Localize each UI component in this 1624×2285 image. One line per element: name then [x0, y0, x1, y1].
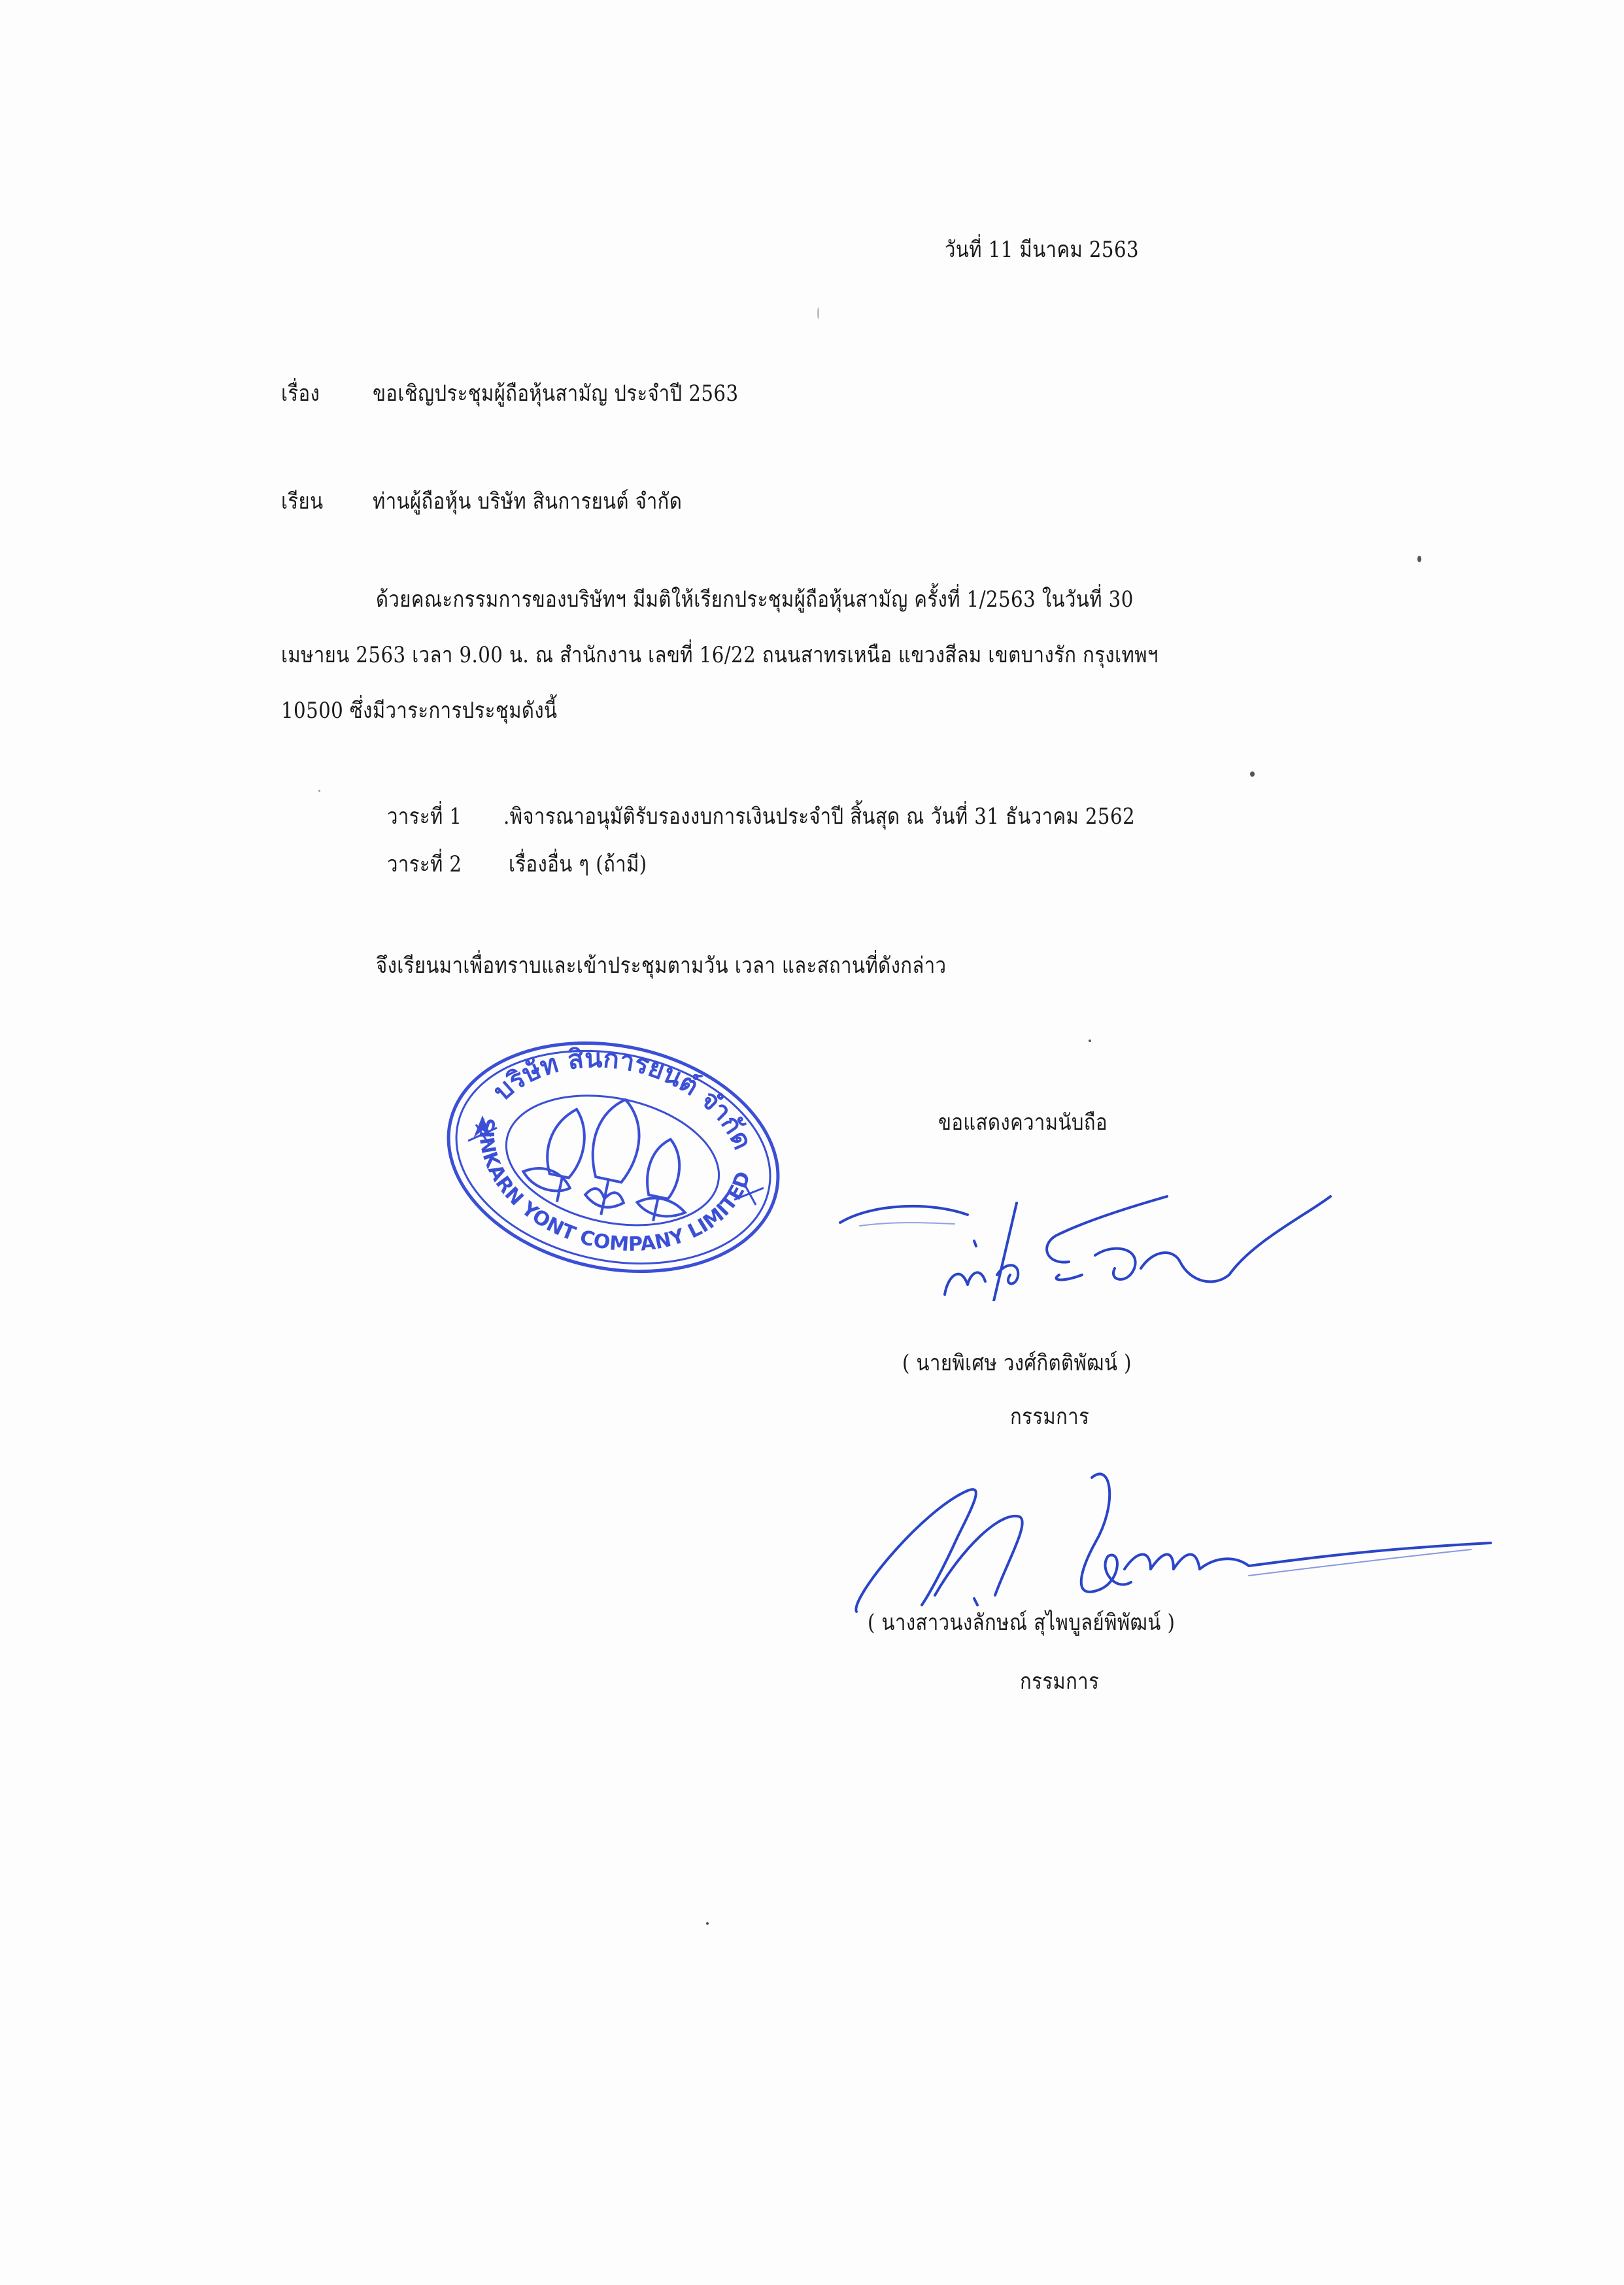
letter-date: วันที่ 11 มีนาคม 2563 [945, 239, 1139, 261]
signatory-2-name: ( นางสาวนงลักษณ์ สุไพบูลย์พิพัฒน์ ) [868, 1612, 1175, 1634]
scan-speck [1250, 771, 1255, 777]
regards-text: ขอแสดงความนับถือ [938, 1111, 1108, 1134]
scan-speck [817, 307, 819, 319]
svg-text:บริษัท สินการยนต์ จำกัด: บริษัท สินการยนต์ จำกัด [484, 1036, 771, 1159]
salutation-label: เรียน [281, 490, 324, 513]
closing-text: จึงเรียนมาเพื่อทราบและเข้าประชุมตามวัน เ… [376, 955, 946, 977]
body-line: ด้วยคณะกรรมการของบริษัทฯ มีมติให้เรียกปร… [376, 588, 1134, 611]
signatory-1-title: กรรมการ [1010, 1406, 1089, 1428]
signatory-2-title: กรรมการ [1020, 1670, 1099, 1693]
scan-speck [1417, 556, 1421, 562]
stamp-thai-text: บริษัท สินการยนต์ จำกัด [484, 1036, 771, 1159]
scan-speck [318, 790, 320, 792]
body-line: เมษายน 2563 เวลา 9.00 น. ณ สำนักงาน เลขท… [281, 644, 1159, 666]
signature-2-icon [843, 1464, 1504, 1621]
scan-speck [1089, 1040, 1091, 1042]
signature-1-icon [834, 1177, 1350, 1301]
salutation-text: ท่านผู้ถือหุ้น บริษัท สินการยนต์ จำกัด [373, 490, 682, 513]
agenda-label: วาระที่ 1 [387, 805, 462, 828]
body-line: 10500 ซึ่งมีวาระการประชุมดังนี้ [281, 700, 557, 722]
agenda-text: .พิจารณาอนุมัติรับรองงบการเงินประจำปี สิ… [503, 805, 1135, 828]
scan-speck [706, 1922, 709, 1925]
subject-label: เรื่อง [281, 382, 320, 405]
signatory-1-name: ( นายพิเศษ วงศ์กิตติพัฒน์ ) [902, 1352, 1132, 1374]
agenda-text: เรื่องอื่น ๆ (ถ้ามี) [509, 853, 647, 875]
agenda-label: วาระที่ 2 [387, 853, 462, 875]
company-stamp-icon: บริษัท สินการยนต์ จำกัด SINKARN YONT COM… [437, 1036, 790, 1278]
letter-page: วันที่ 11 มีนาคม 2563 เรื่อง ขอเชิญประชุ… [0, 0, 1624, 2285]
subject-text: ขอเชิญประชุมผู้ถือหุ้นสามัญ ประจำปี 2563 [373, 382, 738, 405]
